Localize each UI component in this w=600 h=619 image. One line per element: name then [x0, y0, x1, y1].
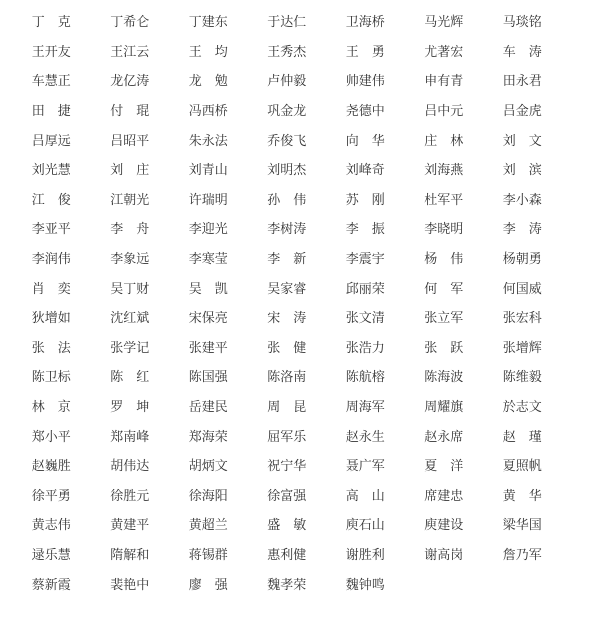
name-entry: 张增辉: [483, 337, 562, 356]
name-entry: 吕金虎: [483, 100, 562, 119]
name-entry: 庄 林: [405, 130, 484, 149]
name-entry: 何 军: [405, 278, 484, 297]
name-row: 狄增如 沈红斌 宋保亮 宋 涛 张文清 张立军 张宏科: [0, 302, 600, 332]
name-entry: 郑海荣: [169, 426, 248, 445]
name-row: 蔡新霞 裴艳中 廖 强 魏孝荣 魏钟鸣: [0, 568, 600, 598]
name-entry: 徐胜元: [91, 485, 170, 504]
name-entry: 裴艳中: [91, 574, 170, 593]
name-entry: 魏钟鸣: [326, 574, 405, 593]
name-entry: 刘 文: [483, 130, 562, 149]
name-entry: 杨朝勇: [483, 248, 562, 267]
name-entry: 申有青: [405, 70, 484, 89]
name-entry: 丁 克: [12, 11, 91, 30]
name-entry: 蒋锡群: [169, 544, 248, 563]
name-entry: 尧德中: [326, 100, 405, 119]
name-entry: 赵永生: [326, 426, 405, 445]
name-entry: 赵 瑾: [483, 426, 562, 445]
name-row: 肖 奕 吴丁财 吴 凯 吴家睿 邱丽荣 何 军 何国威: [0, 272, 600, 302]
name-entry: 廖 强: [169, 574, 248, 593]
name-list-grid: 丁 克 丁希仑 丁建东 于达仁 卫海桥 马光辉 马琰铭 王开友 王江云 王 均 …: [0, 6, 600, 598]
name-entry: 吴 凯: [169, 278, 248, 297]
name-entry: 胡炳文: [169, 455, 248, 474]
name-entry: 聂广军: [326, 455, 405, 474]
name-entry: 李象远: [91, 248, 170, 267]
name-entry: 张宏科: [483, 307, 562, 326]
name-entry: 郑小平: [12, 426, 91, 445]
name-entry: 车慧正: [12, 70, 91, 89]
name-entry: 隋解和: [91, 544, 170, 563]
name-entry: 吕中元: [405, 100, 484, 119]
name-entry: 徐平勇: [12, 485, 91, 504]
name-entry: 马光辉: [405, 11, 484, 30]
name-entry: 詹乃军: [483, 544, 562, 563]
name-entry: 龙亿涛: [91, 70, 170, 89]
name-entry: 惠利健: [248, 544, 327, 563]
name-entry: 李亚平: [12, 218, 91, 237]
name-entry: 丁希仑: [91, 11, 170, 30]
name-entry: 王开友: [12, 41, 91, 60]
name-entry: 刘 滨: [483, 159, 562, 178]
name-entry: 朱永法: [169, 130, 248, 149]
name-entry: 岳建民: [169, 396, 248, 415]
name-entry: 夏照帆: [483, 455, 562, 474]
name-row: 李亚平 李 舟 李迎光 李树涛 李 振 李晓明 李 涛: [0, 213, 600, 243]
name-row: 逯乐慧 隋解和 蒋锡群 惠利健 谢胜利 谢高岗 詹乃军: [0, 539, 600, 569]
name-entry: 吕昭平: [91, 130, 170, 149]
name-entry: 付 琨: [91, 100, 170, 119]
name-entry: 盛 敏: [248, 514, 327, 533]
name-entry: 郑南峰: [91, 426, 170, 445]
name-entry: 李 涛: [483, 218, 562, 237]
name-entry: 李 新: [248, 248, 327, 267]
name-row: 田 捷 付 琨 冯西桥 巩金龙 尧德中 吕中元 吕金虎: [0, 95, 600, 125]
name-entry: 陈 红: [91, 366, 170, 385]
name-entry: 张 法: [12, 337, 91, 356]
name-entry: 逯乐慧: [12, 544, 91, 563]
name-entry: 杜军平: [405, 189, 484, 208]
name-entry: 吴家睿: [248, 278, 327, 297]
name-entry: 刘明杰: [248, 159, 327, 178]
name-entry: 刘海燕: [405, 159, 484, 178]
name-entry: 李迎光: [169, 218, 248, 237]
name-entry: 孙 伟: [248, 189, 327, 208]
name-row: 车慧正 龙亿涛 龙 勉 卢仲毅 帅建伟 申有青 田永君: [0, 65, 600, 95]
name-entry: 周 昆: [248, 396, 327, 415]
name-entry: 邱丽荣: [326, 278, 405, 297]
name-entry: 赵巍胜: [12, 455, 91, 474]
name-entry: 陈国强: [169, 366, 248, 385]
name-entry: 马琰铭: [483, 11, 562, 30]
name-entry: 魏孝荣: [248, 574, 327, 593]
name-entry: 张浩力: [326, 337, 405, 356]
name-entry: 谢胜利: [326, 544, 405, 563]
name-entry: 宋 涛: [248, 307, 327, 326]
name-entry: 卫海桥: [326, 11, 405, 30]
name-entry: 何国威: [483, 278, 562, 297]
name-entry: 乔俊飞: [248, 130, 327, 149]
name-entry: 张学记: [91, 337, 170, 356]
name-entry: 陈海波: [405, 366, 484, 385]
name-entry: 陈维毅: [483, 366, 562, 385]
name-entry: 沈红斌: [91, 307, 170, 326]
name-entry: 王江云: [91, 41, 170, 60]
name-entry: 李震宇: [326, 248, 405, 267]
name-entry: 张立军: [405, 307, 484, 326]
name-entry: 卢仲毅: [248, 70, 327, 89]
name-entry: 吴丁财: [91, 278, 170, 297]
name-entry: 于达仁: [248, 11, 327, 30]
name-entry: 罗 坤: [91, 396, 170, 415]
name-row: 陈卫标 陈 红 陈国强 陈洛南 陈航榕 陈海波 陈维毅: [0, 361, 600, 391]
name-entry: 田 捷: [12, 100, 91, 119]
name-entry: 黄 华: [483, 485, 562, 504]
name-entry: 江 俊: [12, 189, 91, 208]
name-entry: 林 京: [12, 396, 91, 415]
name-entry: 许瑞明: [169, 189, 248, 208]
name-entry: 李晓明: [405, 218, 484, 237]
name-row: 徐平勇 徐胜元 徐海阳 徐富强 高 山 席建忠 黄 华: [0, 480, 600, 510]
name-entry: 江朝光: [91, 189, 170, 208]
name-entry: 刘 庄: [91, 159, 170, 178]
name-entry: 於志文: [483, 396, 562, 415]
name-entry: 屈军乐: [248, 426, 327, 445]
name-entry: 向 华: [326, 130, 405, 149]
name-entry: 王 勇: [326, 41, 405, 60]
name-entry: 苏 刚: [326, 189, 405, 208]
name-entry: 张建平: [169, 337, 248, 356]
name-entry: 张文清: [326, 307, 405, 326]
name-row: 张 法 张学记 张建平 张 健 张浩力 张 跃 张增辉: [0, 332, 600, 362]
name-entry: 李润伟: [12, 248, 91, 267]
name-entry: 祝宁华: [248, 455, 327, 474]
name-entry: 宋保亮: [169, 307, 248, 326]
name-row: 黄志伟 黄建平 黄超兰 盛 敏 庾石山 庾建设 梁华国: [0, 509, 600, 539]
name-entry: 刘青山: [169, 159, 248, 178]
name-entry: 黄志伟: [12, 514, 91, 533]
name-entry: 高 山: [326, 485, 405, 504]
name-entry: 李 舟: [91, 218, 170, 237]
name-entry: 冯西桥: [169, 100, 248, 119]
name-entry: 帅建伟: [326, 70, 405, 89]
name-entry: 黄建平: [91, 514, 170, 533]
name-entry: 徐富强: [248, 485, 327, 504]
name-entry: 车 涛: [483, 41, 562, 60]
name-entry: 吕厚远: [12, 130, 91, 149]
name-entry: 肖 奕: [12, 278, 91, 297]
name-entry: 徐海阳: [169, 485, 248, 504]
name-entry: 周海军: [326, 396, 405, 415]
name-row: 王开友 王江云 王 均 王秀杰 王 勇 尤著宏 车 涛: [0, 36, 600, 66]
name-entry: 尤著宏: [405, 41, 484, 60]
name-row: 吕厚远 吕昭平 朱永法 乔俊飞 向 华 庄 林 刘 文: [0, 124, 600, 154]
name-entry: 杨 伟: [405, 248, 484, 267]
name-row: 赵巍胜 胡伟达 胡炳文 祝宁华 聂广军 夏 洋 夏照帆: [0, 450, 600, 480]
name-entry: 庾建设: [405, 514, 484, 533]
name-entry: 王 均: [169, 41, 248, 60]
name-row: 林 京 罗 坤 岳建民 周 昆 周海军 周耀旗 於志文: [0, 391, 600, 421]
name-row: 李润伟 李象远 李寒莹 李 新 李震宇 杨 伟 杨朝勇: [0, 243, 600, 273]
name-entry: 刘峰奇: [326, 159, 405, 178]
name-entry: 赵永席: [405, 426, 484, 445]
name-entry: 蔡新霞: [12, 574, 91, 593]
name-entry: 席建忠: [405, 485, 484, 504]
name-entry: 李寒莹: [169, 248, 248, 267]
name-entry: 陈卫标: [12, 366, 91, 385]
name-row: 江 俊 江朝光 许瑞明 孙 伟 苏 刚 杜军平 李小森: [0, 184, 600, 214]
name-row: 刘光慧 刘 庄 刘青山 刘明杰 刘峰奇 刘海燕 刘 滨: [0, 154, 600, 184]
name-entry: 梁华国: [483, 514, 562, 533]
name-entry: 黄超兰: [169, 514, 248, 533]
name-entry: 胡伟达: [91, 455, 170, 474]
name-row: 郑小平 郑南峰 郑海荣 屈军乐 赵永生 赵永席 赵 瑾: [0, 420, 600, 450]
name-entry: 李 振: [326, 218, 405, 237]
name-entry: 谢高岗: [405, 544, 484, 563]
name-entry: 庾石山: [326, 514, 405, 533]
name-entry: 李小森: [483, 189, 562, 208]
name-entry: 张 跃: [405, 337, 484, 356]
name-entry: 王秀杰: [248, 41, 327, 60]
name-entry: 龙 勉: [169, 70, 248, 89]
name-entry: 刘光慧: [12, 159, 91, 178]
name-entry: 狄增如: [12, 307, 91, 326]
name-row: 丁 克 丁希仑 丁建东 于达仁 卫海桥 马光辉 马琰铭: [0, 6, 600, 36]
name-entry: 巩金龙: [248, 100, 327, 119]
name-entry: 夏 洋: [405, 455, 484, 474]
name-entry: 丁建东: [169, 11, 248, 30]
name-entry: 陈洛南: [248, 366, 327, 385]
name-entry: 田永君: [483, 70, 562, 89]
name-entry: 陈航榕: [326, 366, 405, 385]
name-entry: 周耀旗: [405, 396, 484, 415]
name-entry: 张 健: [248, 337, 327, 356]
name-entry: 李树涛: [248, 218, 327, 237]
